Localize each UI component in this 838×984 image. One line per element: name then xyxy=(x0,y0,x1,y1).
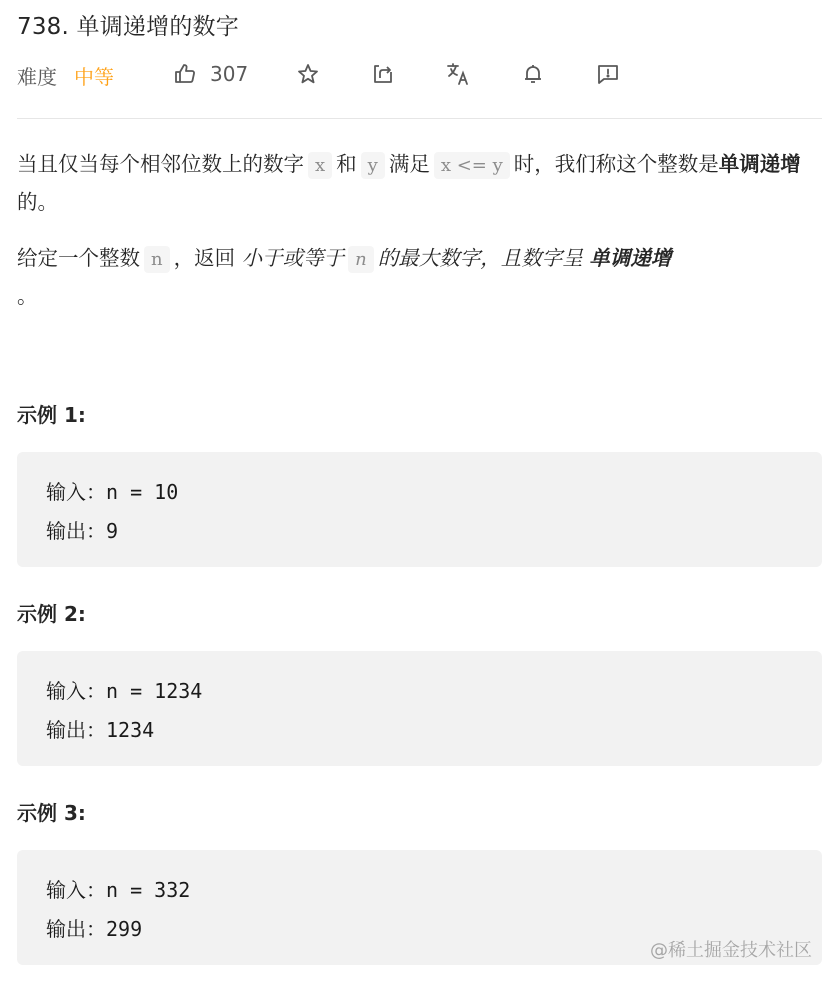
inline-code-n: n xyxy=(144,246,170,273)
difficulty-badge: 中等 xyxy=(74,61,114,90)
text: 的。 xyxy=(17,190,58,214)
inline-code-n: n xyxy=(348,246,374,273)
description-paragraph-1: 当且仅当每个相邻位数上的数字x和y满足x <= y时，我们称这个整数是单调递增的… xyxy=(17,146,827,220)
example-output: 输出：1234 xyxy=(46,714,154,743)
difficulty-label: 难度 xyxy=(17,61,57,90)
example-1-block: 输入：n = 10 输出：9 xyxy=(17,452,822,567)
text: 当且仅当每个相邻位数上的数字 xyxy=(17,152,304,176)
text: 满足 xyxy=(389,152,430,176)
share-icon[interactable] xyxy=(370,60,396,88)
bold-term: 单调递增 xyxy=(719,152,801,176)
bell-icon[interactable] xyxy=(520,60,546,88)
example-output: 输出：9 xyxy=(46,515,118,544)
example-input: 输入：n = 1234 xyxy=(46,675,202,704)
text: 。 xyxy=(17,284,38,308)
text: ，返回 xyxy=(174,246,236,270)
example-output: 输出：299 xyxy=(46,913,142,942)
text: 给定一个整数 xyxy=(17,246,140,270)
inline-code-x: x xyxy=(308,152,332,179)
example-1-heading: 示例 1: xyxy=(17,399,86,428)
bold-term: 单调递增 xyxy=(589,246,671,270)
example-input: 输入：n = 10 xyxy=(46,476,178,505)
translate-icon[interactable] xyxy=(445,60,471,88)
example-2-heading: 示例 2: xyxy=(17,598,86,627)
like-count: 307 xyxy=(210,60,248,88)
example-3-heading: 示例 3: xyxy=(17,797,86,826)
inline-code-condition: x <= y xyxy=(434,152,510,179)
feedback-icon[interactable] xyxy=(595,60,621,88)
difficulty-row: 难度 中等 xyxy=(17,58,114,92)
example-2-block: 输入：n = 1234 输出：1234 xyxy=(17,651,822,766)
description-paragraph-2: 给定一个整数n，返回 小于或等于n的最大数字，且数字呈 单调递增。 xyxy=(17,240,827,314)
italic-text: 小于或等于 xyxy=(242,246,345,270)
problem-title: 738. 单调递增的数字 xyxy=(17,8,239,41)
watermark: @稀土掘金技术社区 xyxy=(650,936,812,962)
thumbs-up-icon[interactable] xyxy=(172,60,198,88)
inline-code-y: y xyxy=(361,152,385,179)
italic-text: 的最大数字，且数字呈 xyxy=(378,246,583,270)
text: 和 xyxy=(336,152,357,176)
text: 时，我们称这个整数是 xyxy=(514,152,719,176)
example-input: 输入：n = 332 xyxy=(46,874,190,903)
star-icon[interactable] xyxy=(295,60,321,88)
header-divider xyxy=(17,118,822,119)
